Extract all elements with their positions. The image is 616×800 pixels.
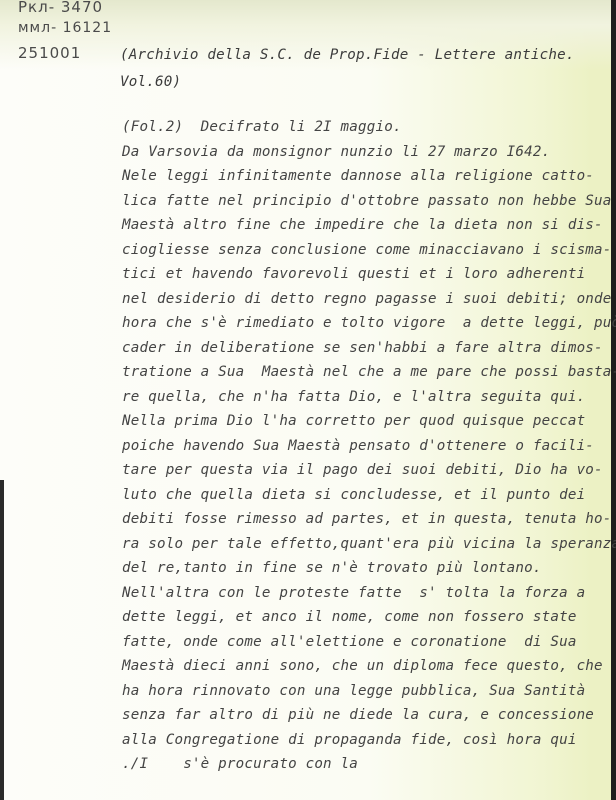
letter-line: dette leggi, et anco il nome, come non f… — [122, 605, 616, 630]
letter-line: Maestà altro fine che impedire che la di… — [122, 213, 616, 238]
letter-line: Maestà dieci anni sono, che un diploma f… — [122, 654, 616, 679]
margin-note-2: ммл- 16121 — [18, 20, 112, 36]
letter-line: ./I s'è procurato con la — [122, 752, 616, 777]
letter-line: Nella prima Dio l'ha corretto per quod q… — [122, 409, 616, 434]
letter-line: luto che quella dieta si concludesse, et… — [122, 483, 616, 508]
letter-line: tici et havendo favorevoli questi et i l… — [122, 262, 616, 287]
letter-line: alla Congregatione di propaganda fide, c… — [122, 728, 616, 753]
letter-line: debiti fosse rimesso ad partes, et in qu… — [122, 507, 616, 532]
letter-line: del re,tanto in fine se n'è trovato più … — [122, 556, 616, 581]
letter-line: tratione a Sua Maestà nel che a me pare … — [122, 360, 616, 385]
letter-line: cader in deliberatione se sen'habbi a fa… — [122, 336, 616, 361]
letter-line: tare per questa via il pago dei suoi deb… — [122, 458, 616, 483]
letter-body: (Fol.2) Decifrato li 2I maggio.Da Varsov… — [122, 115, 616, 777]
archive-source-line-1: (Archivio della S.C. de Prop.Fide - Lett… — [120, 47, 575, 63]
letter-line: Da Varsovia da monsignor nunzio li 27 ma… — [122, 140, 616, 165]
letter-line: poiche havendo Sua Maestà pensato d'otte… — [122, 434, 616, 459]
letter-line: lica fatte nel principio d'ottobre passa… — [122, 189, 616, 214]
margin-note-3: 251001 — [18, 44, 81, 62]
letter-line: ciogliesse senza conclusione come minacc… — [122, 238, 616, 263]
margin-note-1: Pкл- 3470 — [18, 0, 103, 16]
letter-line: nel desiderio di detto regno pagasse i s… — [122, 287, 616, 312]
archive-source-line-2: Vol.60) — [120, 74, 181, 90]
letter-line: ra solo per tale effetto,quant'era più v… — [122, 532, 616, 557]
letter-line: re quella, che n'ha fatta Dio, e l'altra… — [122, 385, 616, 410]
letter-line: hora che s'è rimediato e tolto vigore a … — [122, 311, 616, 336]
letter-line: (Fol.2) Decifrato li 2I maggio. — [122, 115, 616, 140]
letter-line: Nele leggi infinitamente dannose alla re… — [122, 164, 616, 189]
scan-border-left — [0, 480, 4, 800]
letter-line: ha hora rinnovato con una legge pubblica… — [122, 679, 616, 704]
scanned-page: Pкл- 3470 ммл- 16121 251001 (Archivio de… — [0, 0, 616, 800]
letter-line: Nell'altra con le proteste fatte s' tolt… — [122, 581, 616, 606]
letter-line: fatte, onde come all'elettione e coronat… — [122, 630, 616, 655]
letter-line: senza far altro di più ne diede la cura,… — [122, 703, 616, 728]
